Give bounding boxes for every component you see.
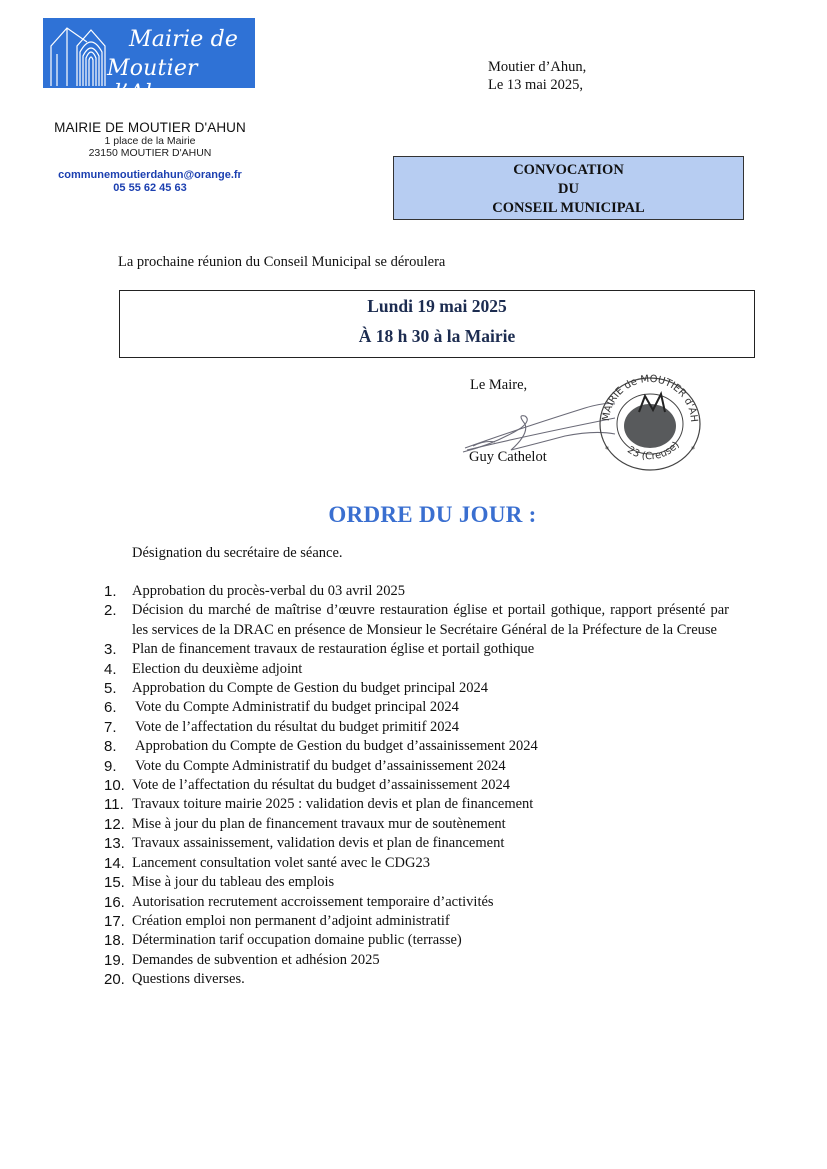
- agenda-item-text: Mise à jour du tableau des emplois: [132, 873, 729, 892]
- agenda-item-number: 6.: [104, 698, 117, 717]
- agenda-item: 1.Approbation du procès-verbal du 03 avr…: [104, 582, 729, 601]
- address-city: 23150 MOUTIER D'AHUN: [30, 147, 270, 159]
- title-line-1: CONVOCATION: [394, 161, 743, 180]
- agenda-item: 12.Mise à jour du plan de financement tr…: [104, 815, 729, 834]
- letter-date: Le 13 mai 2025,: [488, 76, 586, 94]
- place: Moutier d’Ahun,: [488, 58, 586, 76]
- svg-text:*: *: [605, 445, 609, 454]
- agenda-list: 1.Approbation du procès-verbal du 03 avr…: [104, 582, 729, 990]
- agenda-item: 11.Travaux toiture mairie 2025 : validat…: [104, 795, 729, 814]
- agenda-item-text: Vote de l’affectation du résultat du bud…: [132, 776, 729, 795]
- agenda-item: 4.Election du deuxième adjoint: [104, 660, 729, 679]
- agenda-item-text: Travaux assainissement, validation devis…: [132, 834, 729, 853]
- agenda-item-number: 8.: [104, 737, 117, 756]
- mairie-address-block: MAIRIE DE MOUTIER D'AHUN 1 place de la M…: [30, 120, 270, 195]
- agenda-item-text: Mise à jour du plan de financement trava…: [132, 815, 729, 834]
- agenda-item-text: Plan de financement travaux de restaurat…: [132, 640, 729, 659]
- agenda-item-number: 14.: [104, 854, 125, 873]
- agenda-item: 19.Demandes de subvention et adhésion 20…: [104, 951, 729, 970]
- agenda-item-number: 13.: [104, 834, 125, 853]
- agenda-item: 2.Décision du marché de maîtrise d’œuvre…: [104, 601, 729, 640]
- agenda-item-number: 16.: [104, 893, 125, 912]
- agenda-heading: ORDRE DU JOUR :: [328, 502, 536, 527]
- agenda-item: 6.Vote du Compte Administratif du budget…: [104, 698, 729, 717]
- agenda-item: 13.Travaux assainissement, validation de…: [104, 834, 729, 853]
- meeting-time-place: À 18 h 30 à la Mairie: [120, 326, 754, 347]
- agenda-item-text: Approbation du procès-verbal du 03 avril…: [132, 582, 729, 601]
- place-date-block: Moutier d’Ahun, Le 13 mai 2025,: [488, 58, 586, 94]
- agenda-item: 8.Approbation du Compte de Gestion du bu…: [104, 737, 729, 756]
- official-stamp: MAIRIE de MOUTIER d'AHUN 23 (Creuse) * *: [595, 372, 703, 472]
- agenda-item: 3.Plan de financement travaux de restaur…: [104, 640, 729, 659]
- meeting-date: Lundi 19 mai 2025: [120, 296, 754, 317]
- title-line-3: CONSEIL MUNICIPAL: [394, 199, 743, 218]
- agenda-item-text: Décision du marché de maîtrise d’œuvre r…: [132, 601, 729, 640]
- agenda-preamble: Désignation du secrétaire de séance.: [132, 545, 343, 562]
- email-link[interactable]: communemoutierdahun@orange.fr: [30, 169, 270, 182]
- agenda-item-text: Questions diverses.: [132, 970, 729, 989]
- agenda-heading-wrap: ORDRE DU JOUR :: [0, 502, 827, 528]
- agenda-item-text: Détermination tarif occupation domaine p…: [132, 931, 729, 950]
- agenda-item-number: 5.: [104, 679, 117, 698]
- agenda-item-text: Approbation du Compte de Gestion du budg…: [132, 737, 729, 756]
- agenda-item: 17.Création emploi non permanent d’adjoi…: [104, 912, 729, 931]
- agenda-item-number: 3.: [104, 640, 117, 659]
- agenda-item-number: 15.: [104, 873, 125, 892]
- signatory-title: Le Maire,: [470, 377, 527, 394]
- agenda-item: 15.Mise à jour du tableau des emplois: [104, 873, 729, 892]
- agenda-item-number: 19.: [104, 951, 125, 970]
- agenda-item: 16.Autorisation recrutement accroissemen…: [104, 893, 729, 912]
- agenda-item: 7.Vote de l’affectation du résultat du b…: [104, 718, 729, 737]
- logo-line-2: Moutier d’Ahun: [107, 56, 255, 88]
- agenda-item: 5.Approbation du Compte de Gestion du bu…: [104, 679, 729, 698]
- agenda-item-number: 18.: [104, 931, 125, 950]
- agenda-item: 9.Vote du Compte Administratif du budget…: [104, 757, 729, 776]
- agenda-item-text: Création emploi non permanent d’adjoint …: [132, 912, 729, 931]
- agenda-item-text: Vote du Compte Administratif du budget d…: [132, 757, 729, 776]
- meeting-box: Lundi 19 mai 2025 À 18 h 30 à la Mairie: [119, 290, 755, 358]
- agenda-item: 18.Détermination tarif occupation domain…: [104, 931, 729, 950]
- agenda-item-number: 7.: [104, 718, 117, 737]
- logo-line-1: Mairie de: [129, 27, 238, 52]
- agenda-item-text: Vote de l’affectation du résultat du bud…: [132, 718, 729, 737]
- agenda-item-text: Lancement consultation volet santé avec …: [132, 854, 729, 873]
- agenda-item-text: Approbation du Compte de Gestion du budg…: [132, 679, 729, 698]
- agenda-item-text: Demandes de subvention et adhésion 2025: [132, 951, 729, 970]
- agenda-item-number: 1.: [104, 582, 117, 601]
- title-line-2: DU: [394, 180, 743, 199]
- agenda-item-number: 17.: [104, 912, 125, 931]
- agenda-item-text: Election du deuxième adjoint: [132, 660, 729, 679]
- agenda-item: 20.Questions diverses.: [104, 970, 729, 989]
- stamp-emblem-icon: [624, 394, 676, 448]
- mairie-logo: Mairie de Moutier d’Ahun: [43, 18, 255, 88]
- agenda-item-text: Vote du Compte Administratif du budget p…: [132, 698, 729, 717]
- mairie-name: MAIRIE DE MOUTIER D'AHUN: [30, 120, 270, 135]
- svg-text:*: *: [691, 445, 695, 454]
- agenda-item-number: 20.: [104, 970, 125, 989]
- convocation-title-box: CONVOCATION DU CONSEIL MUNICIPAL: [393, 156, 744, 220]
- agenda-item-text: Travaux toiture mairie 2025 : validation…: [132, 795, 729, 814]
- signatory-name: Guy Cathelot: [469, 449, 547, 466]
- agenda-item-number: 10.: [104, 776, 125, 795]
- agenda-item-number: 9.: [104, 757, 117, 776]
- agenda-item-number: 11.: [104, 795, 124, 814]
- agenda-item: 14.Lancement consultation volet santé av…: [104, 854, 729, 873]
- agenda-item-number: 12.: [104, 815, 125, 834]
- agenda-item-text: Autorisation recrutement accroissement t…: [132, 893, 729, 912]
- address-street: 1 place de la Mairie: [30, 135, 270, 147]
- agenda-item: 10.Vote de l’affectation du résultat du …: [104, 776, 729, 795]
- agenda-item-number: 4.: [104, 660, 117, 679]
- agenda-item-number: 2.: [104, 601, 117, 620]
- intro-text: La prochaine réunion du Conseil Municipa…: [118, 254, 445, 271]
- phone-number: 05 55 62 45 63: [30, 182, 270, 195]
